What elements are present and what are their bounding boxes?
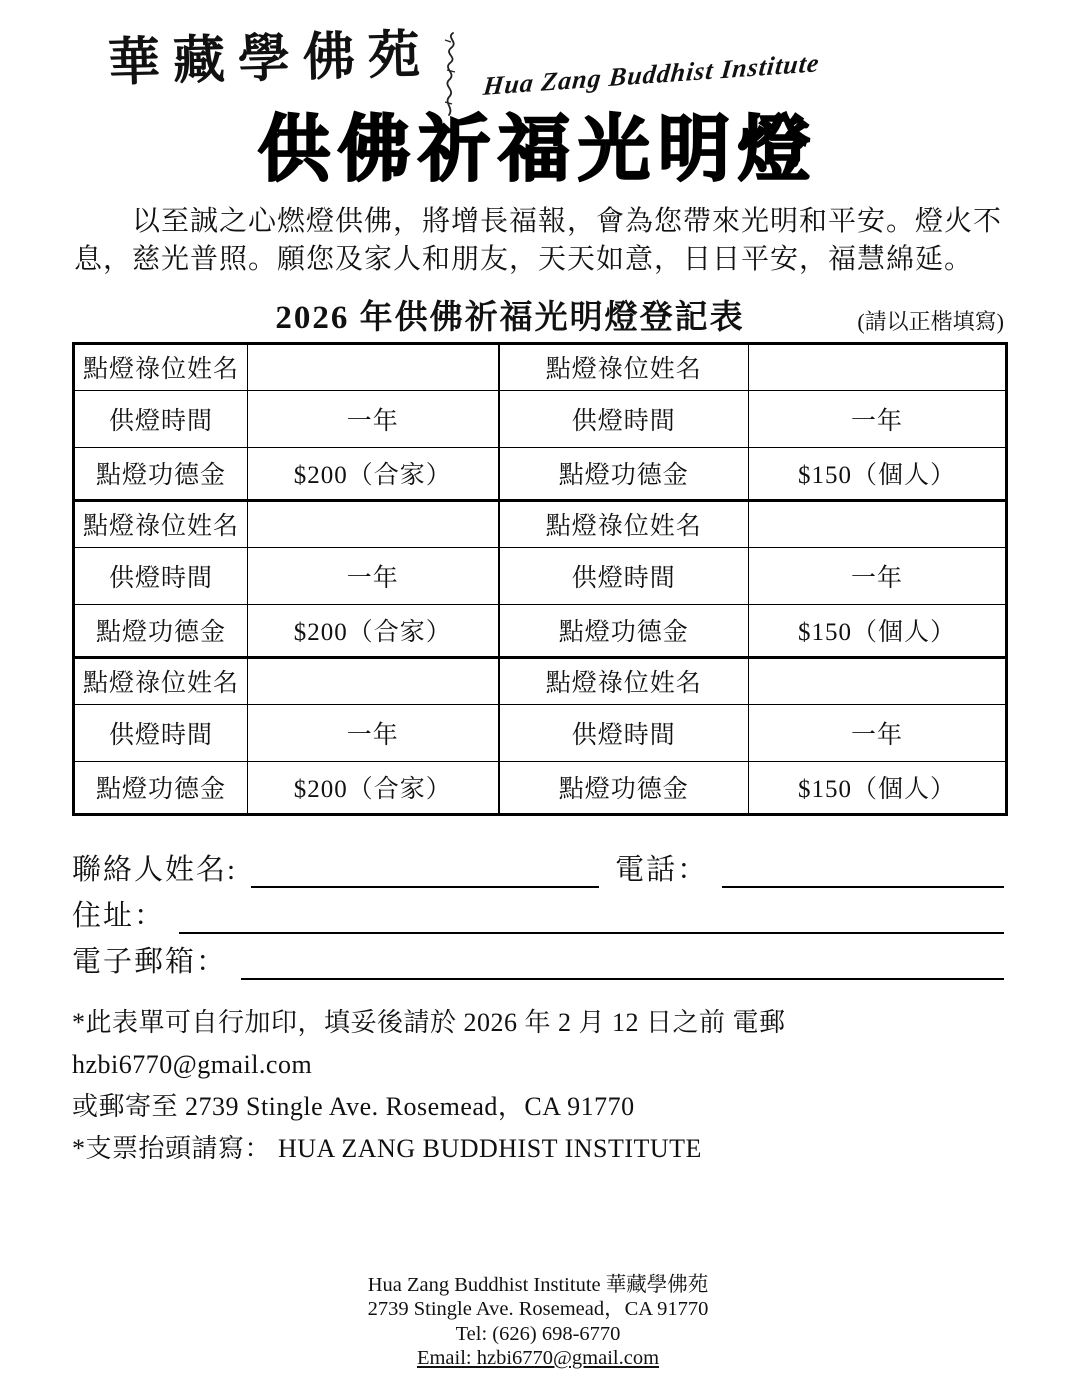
name-input-cell[interactable]	[749, 343, 1007, 390]
footer-tel-line: Tel: (626) 698-6770	[0, 1322, 1076, 1346]
contact-email-line[interactable]	[241, 942, 1004, 980]
table-row: 點燈祿位姓名 點燈祿位姓名	[74, 657, 1007, 704]
note-line-1: *此表單可自行加印，填妥後請於 2026 年 2 月 12 日之前 電郵 hzb…	[72, 1002, 1004, 1086]
time-value-cell: 一年	[749, 704, 1007, 761]
table-block-1: 點燈祿位姓名 點燈祿位姓名 供燈時間 一年 供燈時間 一年 點燈功德金 $200…	[74, 343, 1007, 500]
table-row: 點燈祿位姓名 點燈祿位姓名	[74, 343, 1007, 390]
time-label-cell: 供燈時間	[499, 547, 749, 604]
table-note: (請以正楷填寫)	[857, 305, 1004, 336]
time-value-cell: 一年	[749, 547, 1007, 604]
name-label-cell: 點燈祿位姓名	[499, 657, 749, 704]
name-label-cell: 點燈祿位姓名	[499, 500, 749, 547]
contact-phone-line[interactable]	[722, 850, 1004, 888]
time-value-cell: 一年	[248, 704, 499, 761]
brand-calligraphy: 華藏學佛苑	[107, 26, 433, 94]
contact-name-label: 聯絡人姓名:	[72, 847, 237, 888]
name-label-cell: 點燈祿位姓名	[74, 343, 248, 390]
donation-value-cell: $200（合家）	[248, 604, 499, 657]
contact-address-line[interactable]	[179, 896, 1004, 934]
donation-value-cell: $150（個人）	[749, 761, 1007, 814]
footer: Hua Zang Buddhist Institute 華藏學佛苑 2739 S…	[0, 1273, 1076, 1370]
table-row: 點燈功德金 $200（合家） 點燈功德金 $150（個人）	[74, 447, 1007, 500]
contact-email-label: 電子郵箱：	[72, 939, 227, 980]
donation-label-cell: 點燈功德金	[74, 447, 248, 500]
table-block-3: 點燈祿位姓名 點燈祿位姓名 供燈時間 一年 供燈時間 一年 點燈功德金 $200…	[74, 657, 1007, 814]
time-label-cell: 供燈時間	[74, 390, 248, 447]
time-label-cell: 供燈時間	[499, 704, 749, 761]
registration-table: 點燈祿位姓名 點燈祿位姓名 供燈時間 一年 供燈時間 一年 點燈功德金 $200…	[72, 342, 1008, 816]
table-title: 2026 年供佛祈福光明燈登記表	[275, 291, 744, 338]
table-block-2: 點燈祿位姓名 點燈祿位姓名 供燈時間 一年 供燈時間 一年 點燈功德金 $200…	[74, 500, 1007, 657]
table-title-row: 2026 年供佛祈福光明燈登記表 (請以正楷填寫)	[72, 292, 1004, 338]
name-input-cell[interactable]	[248, 500, 499, 547]
time-value-cell: 一年	[749, 390, 1007, 447]
header: 華藏學佛苑 Hua Zang Buddhist Institute	[0, 0, 1076, 114]
time-label-cell: 供燈時間	[499, 390, 749, 447]
name-input-cell[interactable]	[749, 657, 1007, 704]
page-title: 供佛祈福光明燈	[0, 114, 1076, 187]
name-label-cell: 點燈祿位姓名	[74, 500, 248, 547]
contact-name-line[interactable]	[251, 850, 599, 888]
name-input-cell[interactable]	[749, 500, 1007, 547]
donation-value-cell: $200（合家）	[248, 761, 499, 814]
signature-script: Hua Zang Buddhist Institute	[482, 48, 821, 102]
contact-row-email: 電子郵箱：	[72, 934, 1004, 980]
name-input-cell[interactable]	[248, 343, 499, 390]
name-label-cell: 點燈祿位姓名	[74, 657, 248, 704]
note-line-3: *支票抬頭請寫： HUA ZANG BUDDHIST INSTITUTE	[72, 1128, 1004, 1170]
intro-paragraph: 以至誠之心燃燈供佛，將增長福報，會為您帶來光明和平安。燈火不息，慈光普照。願您及…	[74, 203, 1002, 277]
footer-org-line: Hua Zang Buddhist Institute 華藏學佛苑	[0, 1273, 1076, 1297]
donation-label-cell: 點燈功德金	[499, 604, 749, 657]
contact-phone-label: 電話：	[615, 847, 708, 888]
contact-row-name-phone: 聯絡人姓名: 電話：	[72, 842, 1004, 888]
contact-address-label: 住址：	[72, 893, 165, 934]
time-value-cell: 一年	[248, 547, 499, 604]
time-label-cell: 供燈時間	[74, 704, 248, 761]
table-row: 供燈時間 一年 供燈時間 一年	[74, 704, 1007, 761]
donation-label-cell: 點燈功德金	[499, 761, 749, 814]
contact-row-address: 住址：	[72, 888, 1004, 934]
name-input-cell[interactable]	[248, 657, 499, 704]
donation-value-cell: $200（合家）	[248, 447, 499, 500]
notes-section: *此表單可自行加印，填妥後請於 2026 年 2 月 12 日之前 電郵 hzb…	[72, 1002, 1004, 1170]
donation-label-cell: 點燈功德金	[499, 447, 749, 500]
table-row: 點燈功德金 $200（合家） 點燈功德金 $150（個人）	[74, 761, 1007, 814]
footer-email-link[interactable]: Email: hzbi6770@gmail.com	[0, 1346, 1076, 1370]
form-page: 華藏學佛苑 Hua Zang Buddhist Institute 供佛祈福光明…	[0, 0, 1076, 1392]
donation-value-cell: $150（個人）	[749, 604, 1007, 657]
donation-label-cell: 點燈功德金	[74, 761, 248, 814]
table-row: 供燈時間 一年 供燈時間 一年	[74, 390, 1007, 447]
table-row: 供燈時間 一年 供燈時間 一年	[74, 547, 1007, 604]
table-row: 點燈功德金 $200（合家） 點燈功德金 $150（個人）	[74, 604, 1007, 657]
time-label-cell: 供燈時間	[74, 547, 248, 604]
table-row: 點燈祿位姓名 點燈祿位姓名	[74, 500, 1007, 547]
donation-label-cell: 點燈功德金	[74, 604, 248, 657]
contact-section: 聯絡人姓名: 電話： 住址： 電子郵箱：	[72, 842, 1004, 980]
time-value-cell: 一年	[248, 390, 499, 447]
donation-value-cell: $150（個人）	[749, 447, 1007, 500]
note-line-2: 或郵寄至 2739 Stingle Ave. Rosemead，CA 91770	[72, 1086, 1004, 1128]
footer-address-line: 2739 Stingle Ave. Rosemead，CA 91770	[0, 1297, 1076, 1321]
name-label-cell: 點燈祿位姓名	[499, 343, 749, 390]
